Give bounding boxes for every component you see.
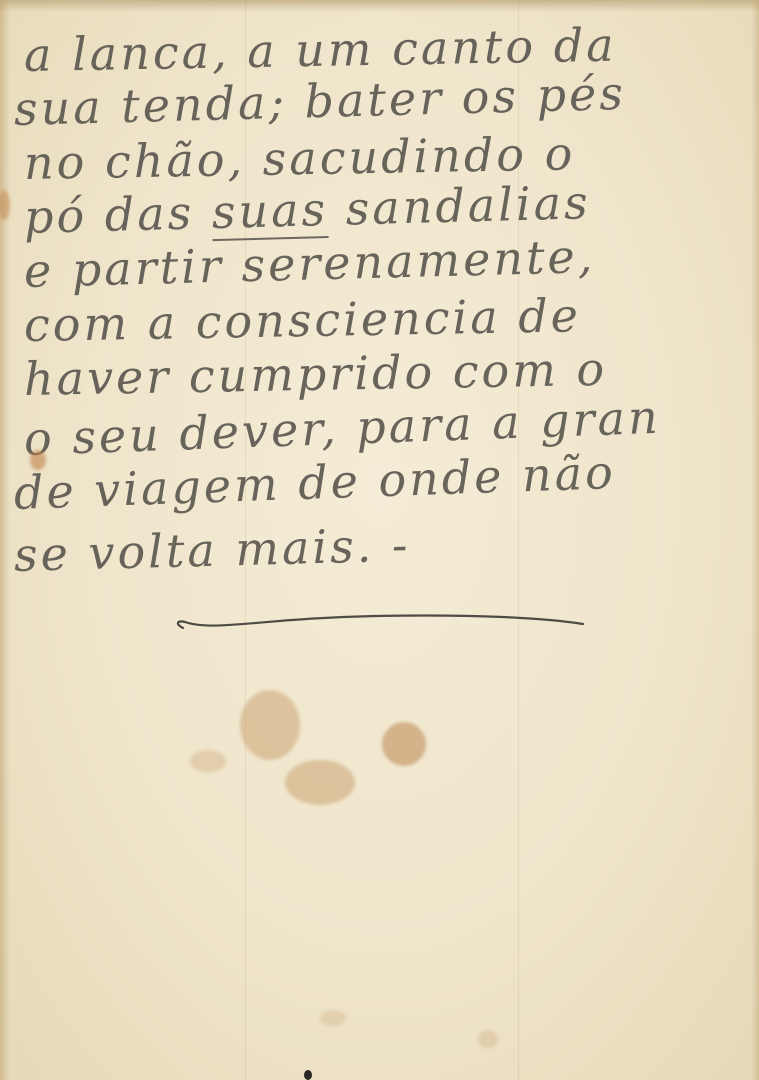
handwritten-line-6: com a consciencia de [24,288,582,352]
stain [240,690,300,760]
paper-top-edge [0,0,759,12]
stain [285,760,355,805]
closing-rule [175,612,585,636]
ink-dot [304,1070,312,1080]
stain [320,1010,346,1026]
line-4-start: pó das [23,185,212,244]
stain [30,450,46,470]
underlined-word: suas [211,182,329,241]
handwritten-line-10: se volta mais. - [13,518,411,582]
line-4-end: sandalias [327,175,591,236]
paper-right-edge [751,0,759,1080]
stain [478,1030,498,1048]
stain [382,722,426,766]
paper-left-edge [0,0,10,1080]
stain [190,750,226,772]
letter-page: a lanca, a um canto da sua tenda; bater … [0,0,759,1080]
